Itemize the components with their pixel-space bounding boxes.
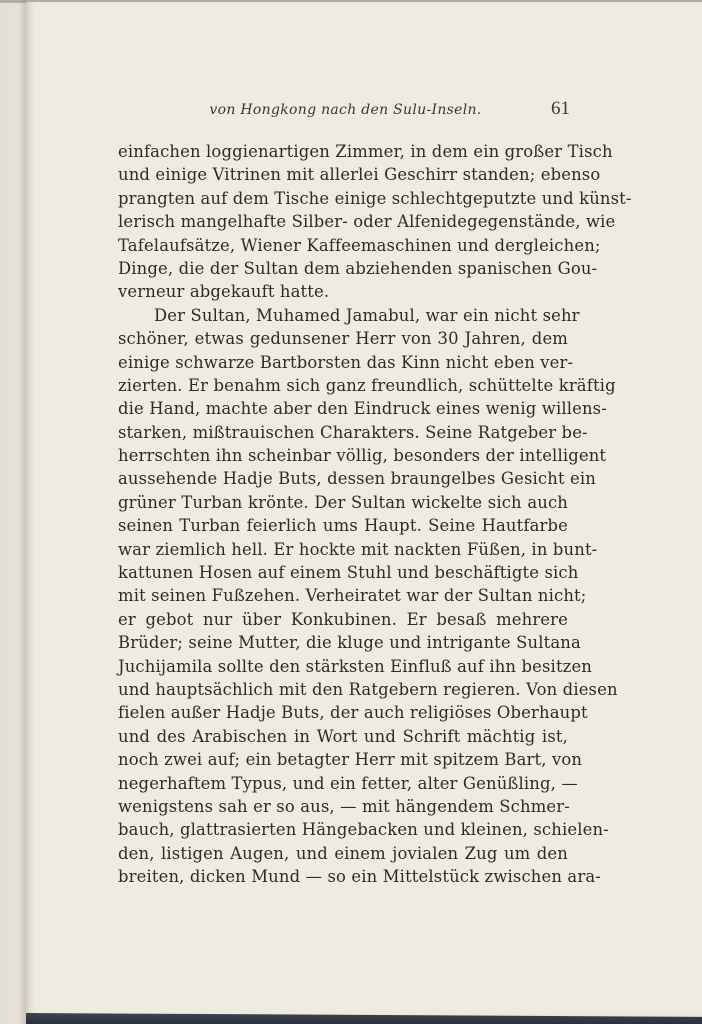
text-line: seinen Turban feierlich ums Haupt. Seine… xyxy=(118,514,568,537)
text-line: war ziemlich hell. Er hockte mit nackten… xyxy=(118,538,568,561)
paragraph-end-line: verneur abgekauft hatte. xyxy=(118,280,568,303)
page-number: 61 xyxy=(551,98,570,120)
text-line: die Hand, machte aber den Eindruck eines… xyxy=(118,397,568,420)
text-line: schöner, etwas gedunsener Herr von 30 Ja… xyxy=(118,327,568,350)
text-line: noch zwei auf; ein betagter Herr mit spi… xyxy=(118,748,568,771)
text-line: Dinge, die der Sultan dem abziehenden sp… xyxy=(118,257,568,280)
text-line: prangten auf dem Tische einige schlechtg… xyxy=(118,187,568,210)
running-title: von Hongkong nach den Sulu-Inseln. xyxy=(100,102,551,118)
text-line: herrschten ihn scheinbar völlig, besonde… xyxy=(118,444,568,467)
text-line: kattunen Hosen auf einem Stuhl und besch… xyxy=(118,561,568,584)
text-line: zierten. Er benahm sich ganz freundlich,… xyxy=(118,374,568,397)
text-line: grüner Turban krönte. Der Sultan wickelt… xyxy=(118,491,568,514)
text-line: er gebot nur über Konkubinen. Er besaß m… xyxy=(118,608,568,631)
text-line: Brüder; seine Mutter, die kluge und intr… xyxy=(118,631,568,654)
text-line: aussehende Hadje Buts, dessen braungelbe… xyxy=(118,467,568,490)
previous-page-edge xyxy=(0,0,26,1024)
text-line: einige schwarze Bartborsten das Kinn nic… xyxy=(118,351,568,374)
text-line: breiten, dicken Mund — so ein Mittelstüc… xyxy=(118,865,568,888)
text-line: den, listigen Augen, und einem jovialen … xyxy=(118,842,568,865)
text-line: lerisch mangelhafte Silber- oder Alfenid… xyxy=(118,210,568,233)
text-line: starken, mißtrauischen Charakters. Seine… xyxy=(118,421,568,444)
text-line: einfachen loggienartigen Zimmer, in dem … xyxy=(118,140,568,163)
text-line: mit seinen Fußzehen. Verheiratet war der… xyxy=(118,584,568,607)
text-line: und einige Vitrinen mit allerlei Geschir… xyxy=(118,163,568,186)
text-line: wenigstens sah er so aus, — mit hängende… xyxy=(118,795,568,818)
text-line: fielen außer Hadje Buts, der auch religi… xyxy=(118,701,568,724)
body-text: einfachen loggienartigen Zimmer, in dem … xyxy=(118,140,568,889)
paragraph-start-line: Der Sultan, Muhamed Jamabul, war ein nic… xyxy=(118,304,568,327)
running-header: von Hongkong nach den Sulu-Inseln. 61 xyxy=(100,98,570,120)
text-line: bauch, glattrasierten Hängebacken und kl… xyxy=(118,818,568,841)
text-line: und hauptsächlich mit den Ratgebern regi… xyxy=(118,678,568,701)
text-line: Tafelaufsätze, Wiener Kaffeemaschinen un… xyxy=(118,234,568,257)
text-line: Juchijamila sollte den stärksten Einfluß… xyxy=(118,655,568,678)
text-line: negerhaftem Typus, und ein fetter, alter… xyxy=(118,772,568,795)
text-line: und des Arabischen in Wort und Schrift m… xyxy=(118,725,568,748)
